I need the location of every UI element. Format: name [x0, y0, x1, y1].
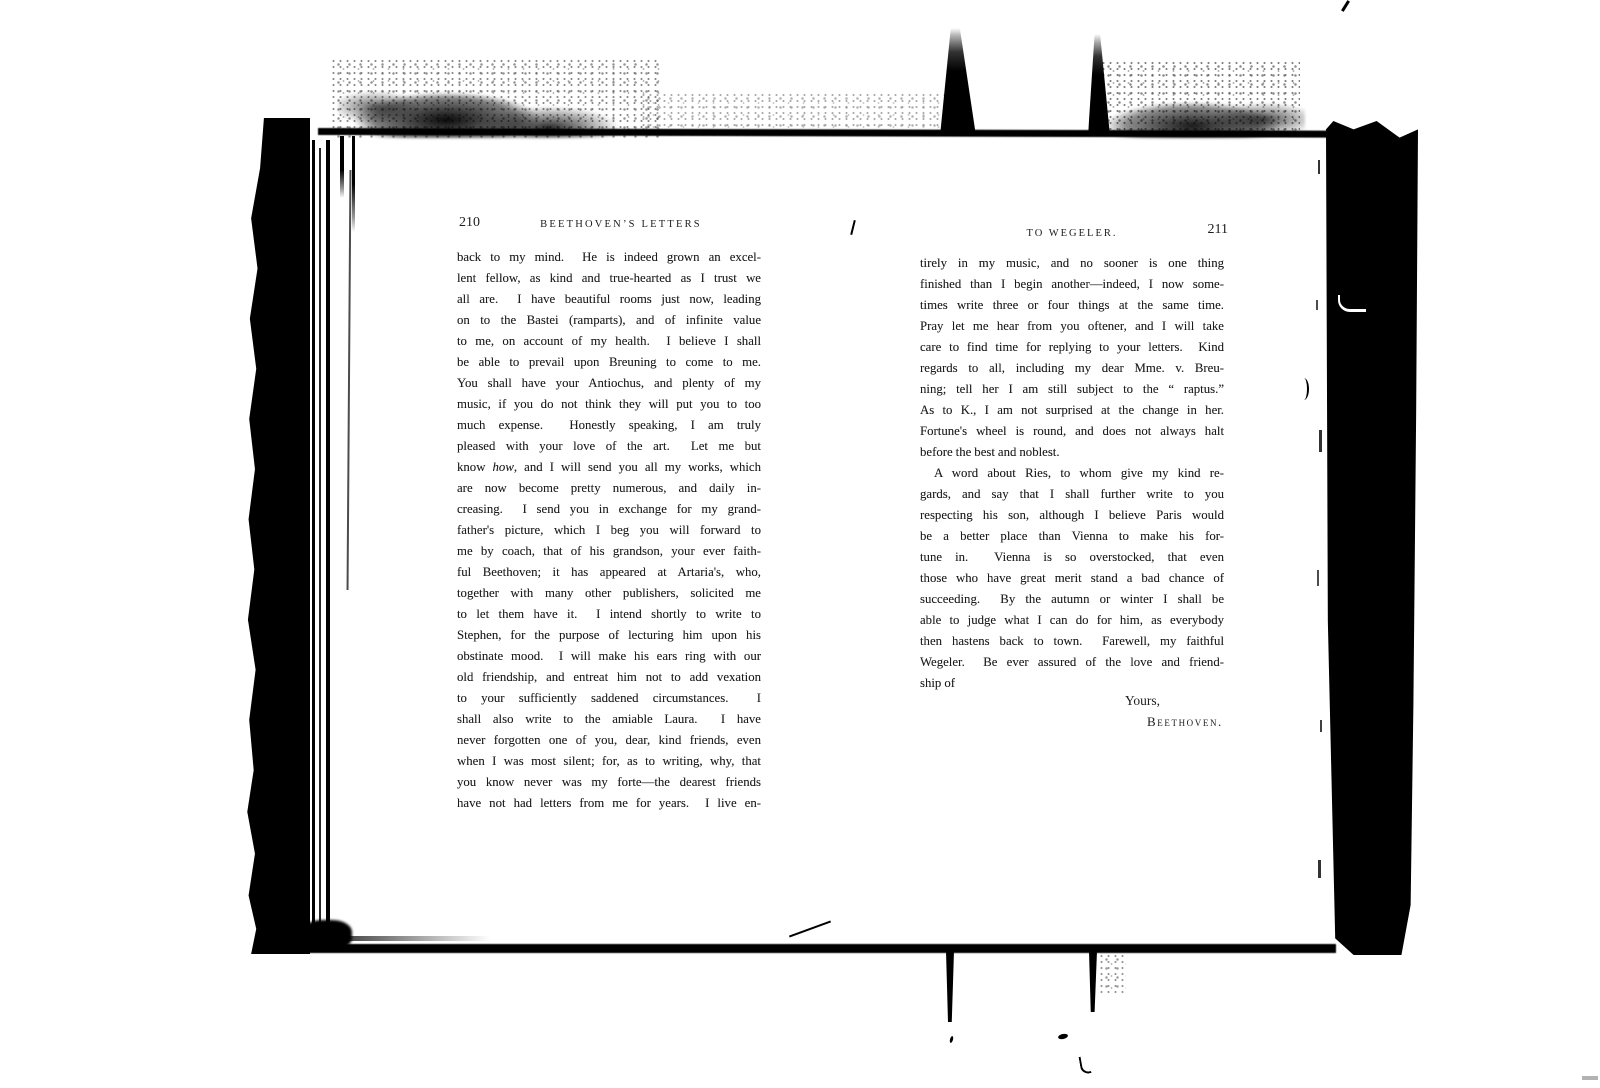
fore-edge-paren-mark	[1299, 378, 1309, 400]
text-line: when I was most silent; for, as to writi…	[457, 751, 761, 772]
text-line: be a better place than Vienna to make hi…	[920, 526, 1224, 547]
text-line: As to K., I am not surprised at the chan…	[920, 400, 1224, 421]
fore-edge-gap-mark-4	[1317, 570, 1319, 586]
scan-speckle-top-right	[1100, 60, 1300, 136]
scan-bottom-edge-line	[278, 944, 1336, 953]
text-line: before the best and noblest.	[920, 442, 1224, 463]
text-line: old friendship, and entreat him not to a…	[457, 667, 761, 688]
text-line: music, if you do not think they will put…	[457, 394, 761, 415]
text-line: care to find time for replying to your l…	[920, 337, 1224, 358]
fore-edge-gap-mark-1	[1318, 160, 1320, 174]
text-line: lent fellow, as kind and true-hearted as…	[457, 268, 761, 289]
text-line: shall also write to the amiable Laura. I…	[457, 709, 761, 730]
fore-edge-gap-mark-2	[1316, 300, 1318, 310]
text-line: ning; tell her I am still subject to the…	[920, 379, 1224, 400]
bottom-ink-drip-2	[1089, 951, 1097, 1012]
text-line: are now become pretty numerous, and dail…	[457, 478, 761, 499]
text-line: finished than I begin another—indeed, I …	[920, 274, 1224, 295]
book-fore-edge-bar	[1326, 121, 1418, 955]
fore-edge-gap-mark-3	[1319, 430, 1322, 452]
text-line: You shall have your Antiochus, and plent…	[457, 373, 761, 394]
text-line: ship of	[920, 673, 1224, 694]
text-line: on to the Bastei (ramparts), and of infi…	[457, 310, 761, 331]
text-line: together with many other publishers, sol…	[457, 583, 761, 604]
left-page-header-row: 210 BEETHOVEN’S LETTERS	[457, 213, 761, 230]
spine-page-edge-line-1	[312, 140, 315, 946]
right-page-header-row: 211 TO WEGELER.	[920, 221, 1224, 239]
text-line: ful Beethoven; it has appeared at Artari…	[457, 562, 761, 583]
text-line: back to my mind. He is indeed grown an e…	[457, 247, 761, 268]
right-page-number: 211	[1208, 222, 1228, 238]
text-line: you know never was my forte—the dearest …	[457, 772, 761, 793]
text-line: regards to all, including my dear Mme. v…	[920, 358, 1224, 379]
text-line: Fortune's wheel is round, and does not a…	[920, 421, 1224, 442]
bottom-right-faint-mark	[1582, 1076, 1598, 1080]
right-running-header: TO WEGELER.	[920, 221, 1224, 239]
text-line: creasing. I send you in exchange for my …	[457, 499, 761, 520]
book-spine-band	[246, 118, 310, 954]
bottom-mark-dot	[949, 1036, 954, 1044]
text-line: obstinate mood. I will make his ears rin…	[457, 646, 761, 667]
spine-ink-drip-2	[352, 136, 355, 232]
gutter-tick-mark	[850, 220, 856, 235]
text-line: be able to prevail upon Breuning to come…	[457, 352, 761, 373]
text-line: respecting his son, although I believe P…	[920, 505, 1224, 526]
gutter-crease-mark	[789, 921, 831, 938]
left-page-number: 210	[459, 215, 480, 231]
text-line: to me, on account of my health. I believ…	[457, 331, 761, 352]
text-line: those who have great merit stand a bad c…	[920, 568, 1224, 589]
text-line: Wegeler. Be ever assured of the love and…	[920, 652, 1224, 673]
bottom-drip-speckle	[1098, 953, 1126, 993]
text-line: father's picture, which I beg you will f…	[457, 520, 761, 541]
text-line: able to judge what I can do for him, as …	[920, 610, 1224, 631]
text-line: pleased with your love of the art. Let m…	[457, 436, 761, 457]
text-line: to your sufficiently saddened circumstan…	[457, 688, 761, 709]
scan-speckle-top-left	[330, 58, 660, 138]
text-line: A word about Ries, to whom give my kind …	[920, 463, 1224, 484]
fore-edge-gap-mark-6	[1318, 860, 1321, 878]
spine-page-edge-line-3	[326, 140, 330, 944]
text-line: tune in. Vienna is so overstocked, that …	[920, 547, 1224, 568]
text-line: times write three or four things at the …	[920, 295, 1224, 316]
spine-page-edge-line-2	[319, 148, 321, 940]
text-line: tirely in my music, and no sooner is one…	[920, 253, 1224, 274]
text-line: Stephen, for the purpose of lecturing hi…	[457, 625, 761, 646]
text-line: never forgotten one of you, dear, kind f…	[457, 730, 761, 751]
text-line: to let them have it. I intend shortly to…	[457, 604, 761, 625]
bottom-ink-drip-1	[946, 951, 954, 1022]
bottom-mark-tick	[1058, 1033, 1069, 1040]
text-line: then hastens back to town. Farewell, my …	[920, 631, 1224, 652]
text-line: gards, and say that I shall further writ…	[920, 484, 1224, 505]
closing-yours: Yours,	[1125, 693, 1160, 709]
bottom-mark-curl	[1079, 1055, 1092, 1074]
closing-signature: Beethoven.	[1147, 714, 1223, 730]
scan-bottom-smear	[320, 936, 490, 941]
text-line: all are. I have beautiful rooms just now…	[457, 289, 761, 310]
text-line: know how, and I will send you all my wor…	[457, 457, 761, 478]
scan-smudge-tower-1	[940, 28, 976, 136]
scanned-book-spread: 210 BEETHOVEN’S LETTERS back to my mind.…	[0, 0, 1600, 1088]
corner-tick-top-right	[1341, 0, 1350, 12]
text-line: me by coach, that of his grandson, your …	[457, 541, 761, 562]
spine-page-edge-line-4	[347, 170, 352, 590]
text-line: much expense. Honestly speaking, I am tr…	[457, 415, 761, 436]
spine-ink-drip-1	[340, 136, 344, 198]
text-line: succeeding. By the autumn or winter I sh…	[920, 589, 1224, 610]
left-page-text: back to my mind. He is indeed grown an e…	[457, 247, 761, 814]
fore-edge-gap-mark-5	[1320, 720, 1322, 732]
text-line: have not had letters from me for years. …	[457, 793, 761, 814]
right-page-text: tirely in my music, and no sooner is one…	[920, 253, 1224, 694]
left-running-header: BEETHOVEN’S LETTERS	[481, 213, 761, 230]
text-line: Pray let me hear from you oftener, and I…	[920, 316, 1224, 337]
fore-edge-white-scratch	[1338, 295, 1366, 312]
